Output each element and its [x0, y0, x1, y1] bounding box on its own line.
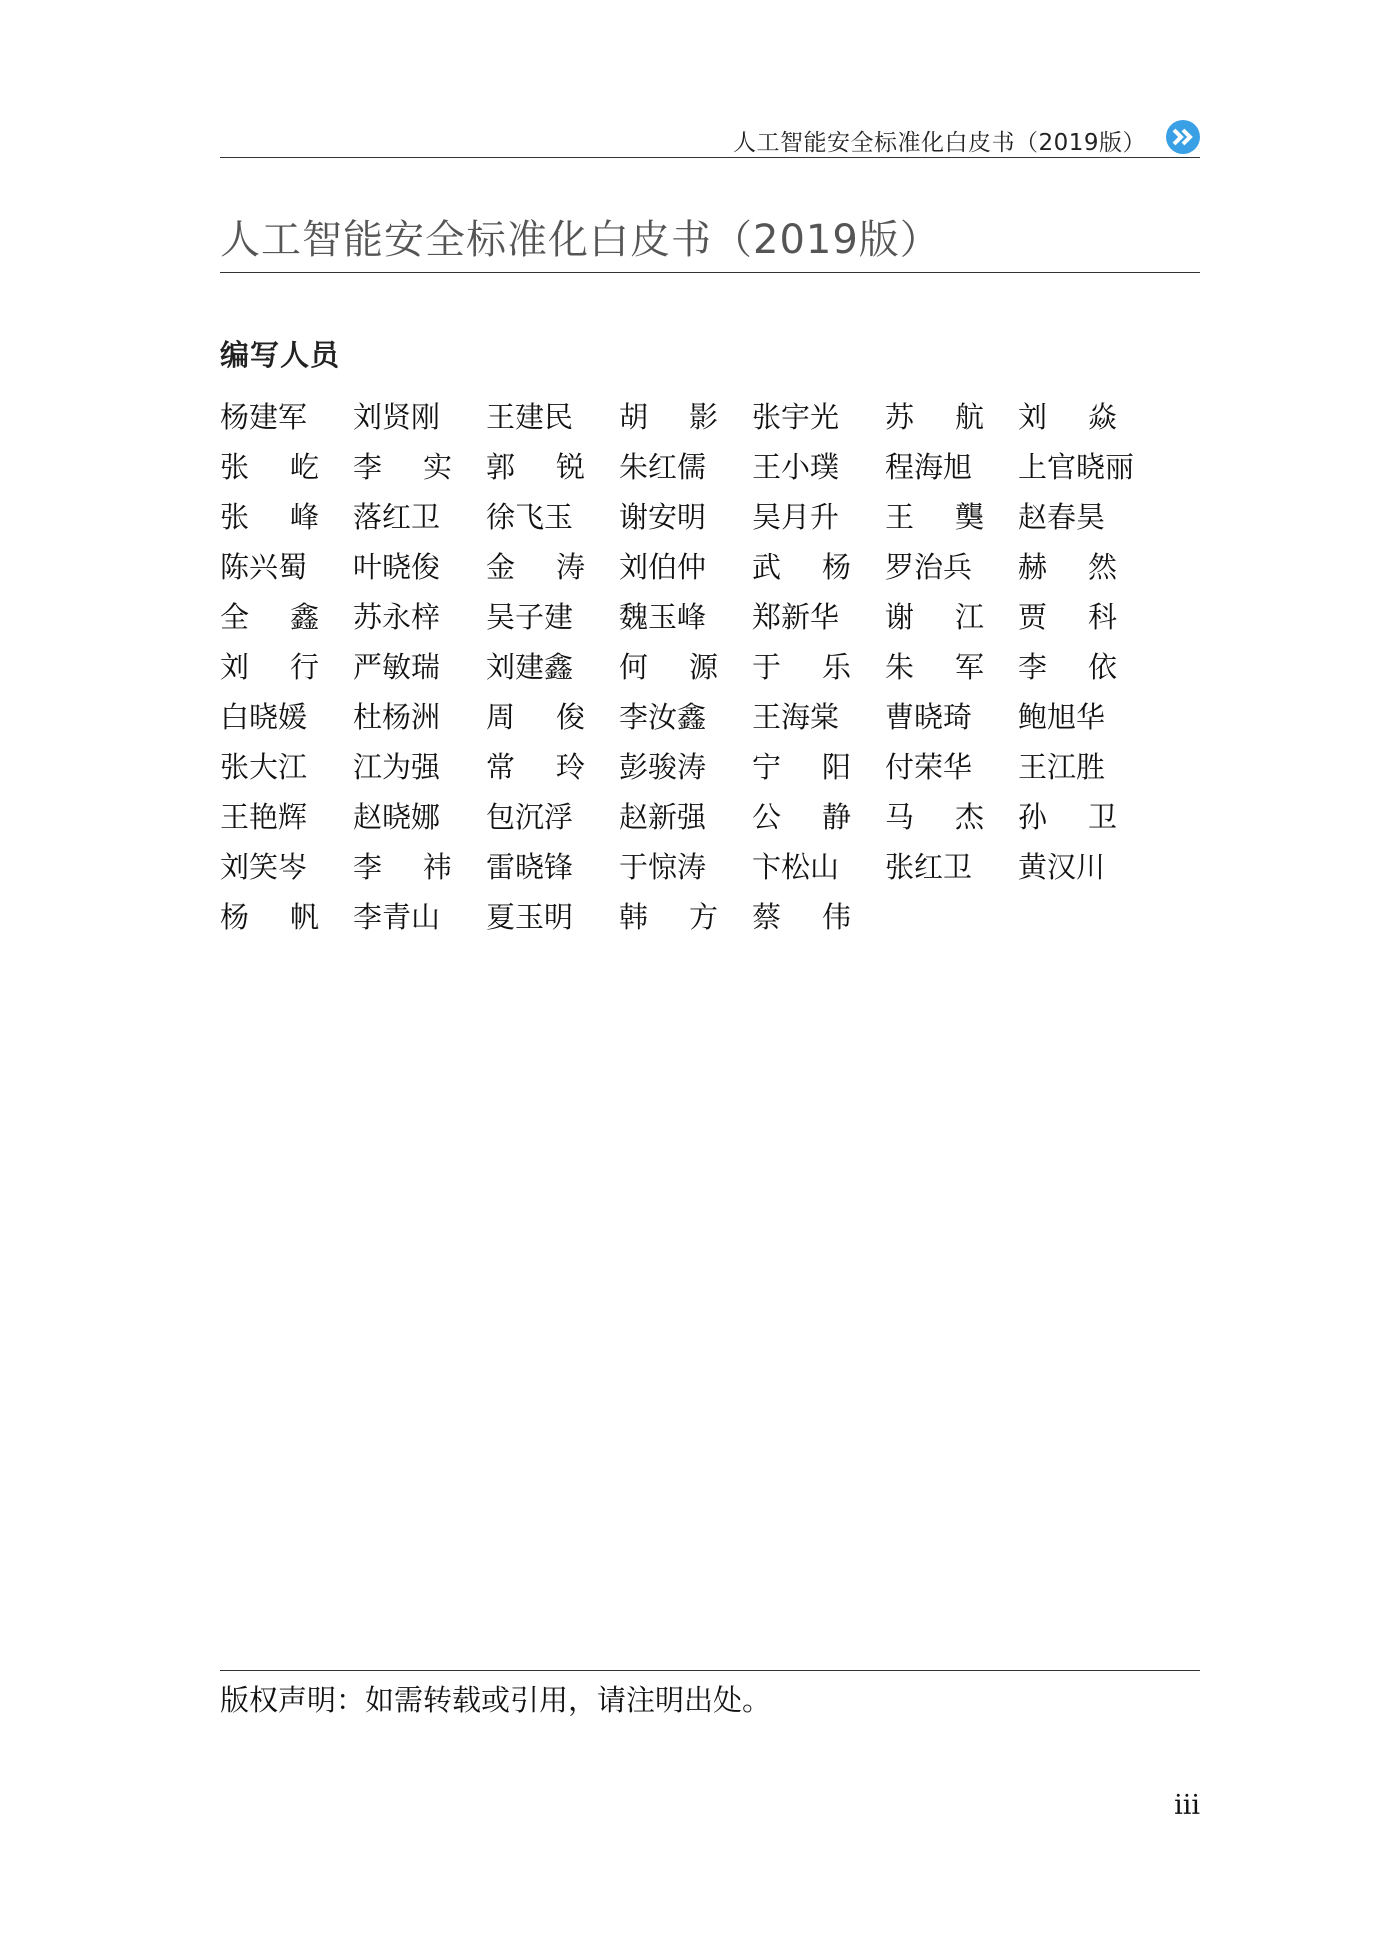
author-name: 罗治兵	[885, 542, 1018, 592]
author-name: 黄汉川	[1018, 842, 1151, 892]
author-name: 李实	[353, 442, 486, 492]
author-name: 武杨	[752, 542, 885, 592]
author-row: 白晓媛杜杨洲周俊李汝鑫王海棠曹晓琦鲍旭华	[220, 692, 1200, 742]
copyright-notice: 版权声明：如需转载或引用，请注明出处。	[220, 1678, 771, 1719]
author-name: 李依	[1018, 642, 1151, 692]
author-row: 王艳辉赵晓娜包沉浮赵新强公静马杰孙卫	[220, 792, 1200, 842]
author-name: 何源	[619, 642, 752, 692]
author-row: 张大江江为强常玲彭骏涛宁阳付荣华王江胜	[220, 742, 1200, 792]
author-name: 程海旭	[885, 442, 1018, 492]
author-name: 张屹	[220, 442, 353, 492]
author-name: 金涛	[486, 542, 619, 592]
author-name: 赵春昊	[1018, 492, 1151, 542]
author-row: 杨建军刘贤刚王建民胡影张宇光苏航刘焱	[220, 392, 1200, 442]
author-name: 吴月升	[752, 492, 885, 542]
author-name: 公静	[752, 792, 885, 842]
author-name: 蔡伟	[752, 892, 885, 942]
author-name: 陈兴蜀	[220, 542, 353, 592]
author-row: 张峰落红卫徐飞玉谢安明吴月升王龑赵春昊	[220, 492, 1200, 542]
author-name: 刘焱	[1018, 392, 1151, 442]
author-name: 刘笑岑	[220, 842, 353, 892]
author-name: 张大江	[220, 742, 353, 792]
author-name: 李汝鑫	[619, 692, 752, 742]
author-name: 张峰	[220, 492, 353, 542]
author-name: 赵新强	[619, 792, 752, 842]
author-name: 张宇光	[752, 392, 885, 442]
author-name: 刘贤刚	[353, 392, 486, 442]
title-divider	[220, 272, 1200, 273]
author-row: 陈兴蜀叶晓俊金涛刘伯仲武杨罗治兵赫然	[220, 542, 1200, 592]
author-name: 魏玉峰	[619, 592, 752, 642]
author-name: 韩方	[619, 892, 752, 942]
author-name: 彭骏涛	[619, 742, 752, 792]
author-name: 郭锐	[486, 442, 619, 492]
author-name: 王海棠	[752, 692, 885, 742]
author-name: 于乐	[752, 642, 885, 692]
author-name: 苏永梓	[353, 592, 486, 642]
author-name: 周俊	[486, 692, 619, 742]
author-row: 张屹李实郭锐朱红儒王小璞程海旭上官晓丽	[220, 442, 1200, 492]
author-name: 杨建军	[220, 392, 353, 442]
author-name: 赵晓娜	[353, 792, 486, 842]
author-name: 刘伯仲	[619, 542, 752, 592]
footer-divider	[220, 1670, 1200, 1671]
author-name: 徐飞玉	[486, 492, 619, 542]
author-name: 江为强	[353, 742, 486, 792]
author-row: 全鑫苏永梓吴子建魏玉峰郑新华谢江贾科	[220, 592, 1200, 642]
author-name: 李祎	[353, 842, 486, 892]
author-name: 雷晓锋	[486, 842, 619, 892]
author-name: 赫然	[1018, 542, 1151, 592]
author-name: 曹晓琦	[885, 692, 1018, 742]
header-divider	[220, 157, 1200, 158]
author-name: 全鑫	[220, 592, 353, 642]
author-name: 谢安明	[619, 492, 752, 542]
section-heading: 编写人员	[220, 333, 340, 374]
author-name: 王龑	[885, 492, 1018, 542]
author-name: 李青山	[353, 892, 486, 942]
author-name: 苏航	[885, 392, 1018, 442]
author-name: 付荣华	[885, 742, 1018, 792]
author-name: 白晓媛	[220, 692, 353, 742]
author-name: 马杰	[885, 792, 1018, 842]
author-name: 王建民	[486, 392, 619, 442]
author-name: 夏玉明	[486, 892, 619, 942]
author-name: 刘行	[220, 642, 353, 692]
author-name: 张红卫	[885, 842, 1018, 892]
author-name: 胡影	[619, 392, 752, 442]
author-name: 贾科	[1018, 592, 1151, 642]
author-name: 刘建鑫	[486, 642, 619, 692]
author-list: 杨建军刘贤刚王建民胡影张宇光苏航刘焱张屹李实郭锐朱红儒王小璞程海旭上官晓丽张峰落…	[220, 392, 1200, 942]
author-name: 朱红儒	[619, 442, 752, 492]
author-name: 叶晓俊	[353, 542, 486, 592]
author-name: 谢江	[885, 592, 1018, 642]
author-name: 王江胜	[1018, 742, 1151, 792]
page-title: 人工智能安全标准化白皮书（2019版）	[220, 208, 941, 265]
double-chevron-right-icon	[1166, 120, 1200, 154]
running-header: 人工智能安全标准化白皮书（2019版）	[220, 118, 1200, 158]
author-name: 杨帆	[220, 892, 353, 942]
author-name: 王小璞	[752, 442, 885, 492]
author-name: 包沉浮	[486, 792, 619, 842]
author-name: 郑新华	[752, 592, 885, 642]
author-name: 杜杨洲	[353, 692, 486, 742]
author-name: 鲍旭华	[1018, 692, 1151, 742]
author-name: 王艳辉	[220, 792, 353, 842]
running-header-title: 人工智能安全标准化白皮书（2019版）	[733, 124, 1146, 157]
author-name: 落红卫	[353, 492, 486, 542]
author-name: 于惊涛	[619, 842, 752, 892]
author-name: 卞松山	[752, 842, 885, 892]
author-name: 朱军	[885, 642, 1018, 692]
author-name: 孙卫	[1018, 792, 1151, 842]
author-name: 上官晓丽	[1018, 442, 1151, 492]
author-name: 宁阳	[752, 742, 885, 792]
author-name: 吴子建	[486, 592, 619, 642]
author-row: 刘行严敏瑞刘建鑫何源于乐朱军李依	[220, 642, 1200, 692]
page-number: iii	[1174, 1790, 1200, 1821]
author-name: 常玲	[486, 742, 619, 792]
author-row: 杨帆李青山夏玉明韩方蔡伟	[220, 892, 1200, 942]
author-name: 严敏瑞	[353, 642, 486, 692]
author-row: 刘笑岑李祎雷晓锋于惊涛卞松山张红卫黄汉川	[220, 842, 1200, 892]
